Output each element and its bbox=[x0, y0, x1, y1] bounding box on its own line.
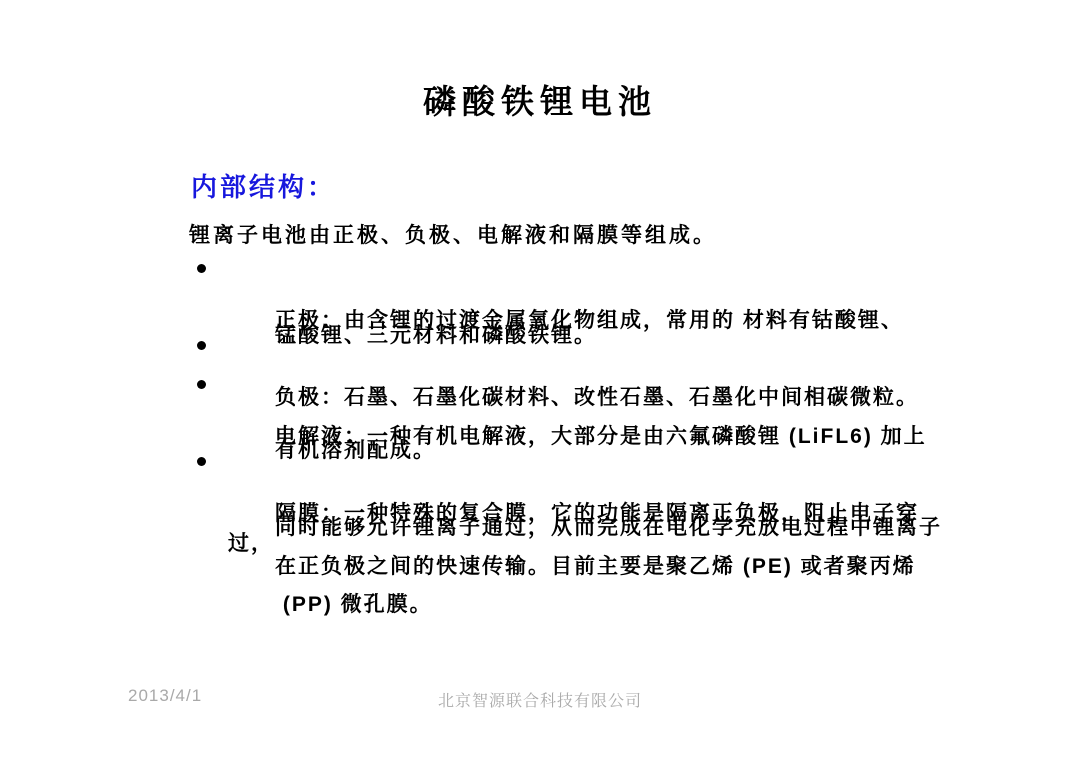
section-heading: 内部结构： bbox=[191, 167, 336, 204]
bullet-line-wrap: 锰酸锂、三元材料和磷酸铁锂。 bbox=[190, 295, 950, 334]
bullet-item: 隔膜：一种特殊的复合膜，它的功能是隔离正负极，阻止电子穿过， bbox=[190, 449, 950, 488]
bullet-dot-icon bbox=[197, 380, 206, 389]
presentation-slide: 磷酸铁锂电池 内部结构： 锂离子电池由正极、负极、电解液和隔膜等组成。 正极：由… bbox=[0, 0, 1080, 764]
intro-sentence: 锂离子电池由正极、负极、电解液和隔膜等组成。 bbox=[189, 219, 717, 249]
footer-company: 北京智源联合科技有限公司 bbox=[0, 688, 1080, 711]
bullet-dot-icon bbox=[197, 341, 206, 350]
bullet-dot-icon bbox=[197, 264, 206, 273]
bullet-line-wrap: 有机溶剂配成。 bbox=[190, 410, 950, 449]
bullet-item: 正极：由含锂的过渡金属氧化物组成，常用的 材料有钴酸锂、 bbox=[190, 256, 950, 295]
bullet-line-wrap: 同时能够允许锂离子通过，从而完成在电化学充放电过程中锂离子 bbox=[190, 487, 950, 526]
bullet-list: 正极：由含锂的过渡金属氧化物组成，常用的 材料有钴酸锂、 锰酸锂、三元材料和磷酸… bbox=[190, 256, 950, 603]
bullet-item: 负极：石墨、石墨化碳材料、改性石墨、石墨化中间相碳微粒。 bbox=[190, 333, 950, 372]
slide-title: 磷酸铁锂电池 bbox=[0, 76, 1080, 123]
bullet-line-wrap: 在正负极之间的快速传输。目前主要是聚乙烯 (PE) 或者聚丙烯 bbox=[190, 526, 950, 565]
bullet-item: 电解液：一种有机电解液，大部分是由六氟磷酸锂 (LiFL6) 加上 bbox=[190, 372, 950, 411]
bullet-line: (PP) 微孔膜。 bbox=[275, 593, 433, 616]
bullet-line-wrap: (PP) 微孔膜。 bbox=[190, 564, 950, 603]
bullet-dot-icon bbox=[197, 457, 206, 466]
